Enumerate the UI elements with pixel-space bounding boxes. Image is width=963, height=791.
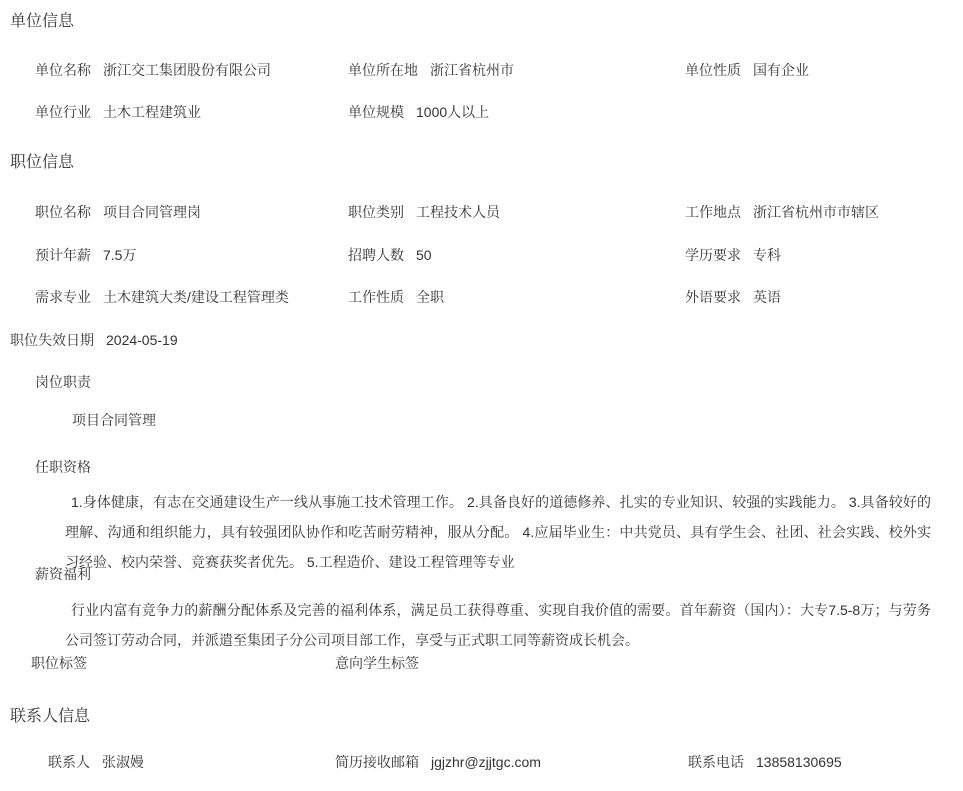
field-value: 全职	[416, 287, 444, 307]
section-title-contact-info: 联系人信息	[10, 703, 90, 726]
field-label: 联系电话	[688, 752, 744, 772]
field-value: 土木建筑大类/建设工程管理类	[103, 287, 289, 307]
field-label: 需求专业	[35, 287, 91, 307]
field-unit-scale: 单位规模1000人以上	[348, 102, 489, 122]
field-label: 单位性质	[685, 60, 741, 80]
field-value: 土木工程建筑业	[103, 102, 201, 122]
field-value: 7.5万	[103, 245, 136, 265]
field-value: jgjzhr@zjjtgc.com	[431, 754, 541, 770]
field-label: 工作地点	[685, 202, 741, 222]
field-education-requirement: 学历要求专科	[685, 245, 781, 265]
field-expire-date: 职位失效日期2024-05-19	[10, 330, 178, 350]
field-label: 学历要求	[685, 245, 741, 265]
field-label: 单位所在地	[348, 60, 418, 80]
field-label: 职位失效日期	[10, 330, 94, 350]
field-value: 英语	[753, 287, 781, 307]
job-detail-page: 单位信息 单位名称浙江交工集团股份有限公司 单位所在地浙江省杭州市 单位性质国有…	[0, 0, 963, 791]
field-label: 职位类别	[348, 202, 404, 222]
field-label: 外语要求	[685, 287, 741, 307]
field-label: 单位行业	[35, 102, 91, 122]
field-label: 单位规模	[348, 102, 404, 122]
field-unit-location: 单位所在地浙江省杭州市	[348, 60, 514, 80]
label-qualification: 任职资格	[35, 457, 91, 477]
qualification-text: 1.身体健康，有志在交通建设生产一线从事施工技术管理工作。 2.具备良好的道德修…	[65, 487, 931, 577]
section-title-unit-info: 单位信息	[10, 8, 74, 31]
field-value: 专科	[753, 245, 781, 265]
field-unit-industry: 单位行业土木工程建筑业	[35, 102, 201, 122]
field-foreign-language-requirement: 外语要求英语	[685, 287, 781, 307]
field-value: 浙江省杭州市	[430, 60, 514, 80]
field-contact-phone: 联系电话13858130695	[688, 752, 842, 772]
field-value: 50	[416, 247, 432, 263]
field-label: 单位名称	[35, 60, 91, 80]
field-value: 国有企业	[753, 60, 809, 80]
duty-content: 项目合同管理	[72, 410, 156, 430]
field-unit-name: 单位名称浙江交工集团股份有限公司	[35, 60, 271, 80]
field-label: 联系人	[48, 752, 90, 772]
field-unit-nature: 单位性质国有企业	[685, 60, 809, 80]
field-position-category: 职位类别工程技术人员	[348, 202, 500, 222]
field-label: 预计年薪	[35, 245, 91, 265]
label-salary-welfare: 薪资福利	[35, 564, 91, 584]
field-position-name: 职位名称项目合同管理岗	[35, 202, 201, 222]
field-label: 职位标签	[31, 653, 87, 673]
label-duty: 岗位职责	[35, 372, 91, 392]
field-value: 张淑嫚	[102, 752, 144, 772]
field-value: 浙江交工集团股份有限公司	[103, 60, 271, 80]
field-label: 意向学生标签	[335, 653, 419, 673]
field-value: 浙江省杭州市市辖区	[753, 202, 879, 222]
field-value: 项目合同管理岗	[103, 202, 201, 222]
field-label: 简历接收邮箱	[335, 752, 419, 772]
salary-welfare-text: 行业内富有竞争力的薪酬分配体系及完善的福利体系，满足员工获得尊重、实现自我价值的…	[65, 595, 931, 655]
field-label: 职位名称	[35, 202, 91, 222]
field-recruit-count: 招聘人数50	[348, 245, 432, 265]
field-job-type: 工作性质全职	[348, 287, 444, 307]
field-value: 工程技术人员	[416, 202, 500, 222]
field-value: 2024-05-19	[106, 332, 178, 348]
section-title-position-info: 职位信息	[10, 149, 74, 172]
field-value: 1000人以上	[416, 102, 489, 122]
field-contact-name: 联系人张淑嫚	[48, 752, 144, 772]
field-work-location: 工作地点浙江省杭州市市辖区	[685, 202, 879, 222]
field-label: 工作性质	[348, 287, 404, 307]
label-position-tags: 职位标签	[31, 653, 87, 673]
field-value: 13858130695	[756, 754, 842, 770]
field-label: 招聘人数	[348, 245, 404, 265]
label-student-tags: 意向学生标签	[335, 653, 419, 673]
field-resume-email: 简历接收邮箱jgjzhr@zjjtgc.com	[335, 752, 541, 772]
field-major-requirement: 需求专业土木建筑大类/建设工程管理类	[35, 287, 289, 307]
field-expected-salary: 预计年薪7.5万	[35, 245, 136, 265]
